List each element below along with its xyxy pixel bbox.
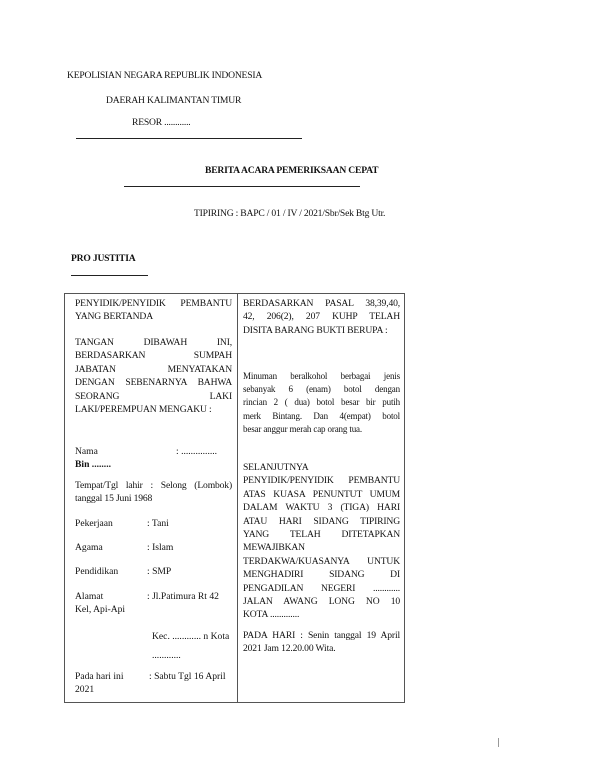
text-line: ATAU HARI SIDANG TIPIRING — [243, 515, 400, 528]
text-line: DALAM WAKTU 3 (TIGA) HARI — [243, 501, 400, 514]
pada-hari-year: 2021 — [75, 684, 94, 695]
field-label: Pendidikan — [75, 566, 147, 577]
pada-hari-label: Pada hari ini — [75, 671, 124, 682]
header-institution: KEPOLISIAN NEGARA REPUBLIK INDONESIA — [67, 70, 262, 81]
field-value: : SMP — [147, 566, 171, 577]
text-line: LAKI/PEREMPUAN MENGAKU : — [75, 403, 232, 416]
text-line: Minuman beralkohol berbagai jenis — [243, 370, 400, 383]
text-line: MENGHADIRI SIDANG DI — [243, 568, 400, 581]
text-line: BERDASARKAN PASAL 38,39,40, — [243, 297, 400, 310]
text-line: merk Bintang. Dan 4(empat) botol — [243, 410, 400, 423]
text-line: PADA HARI : Senin tanggal 19 April — [243, 629, 400, 642]
bin-field: Bin ........ — [75, 459, 111, 470]
column-divider — [237, 294, 238, 702]
nama-label: Nama — [75, 446, 98, 457]
text-line: YANG BERTANDA — [75, 310, 232, 323]
text-line: ATAS KUASA PENUNTUT UMUM — [243, 488, 400, 501]
text-line: MEWAJIBKAN — [243, 541, 400, 554]
field-pekerjaan: Pekerjaan: Tani — [75, 518, 169, 529]
text-line: rincian 2 ( dua) botol besar bir putih — [243, 396, 400, 409]
field-label: Agama — [75, 542, 147, 553]
text-line: SEORANG LAKI — [75, 390, 232, 403]
text-line: PENYIDIK/PENYIDIK PEMBANTU — [75, 297, 232, 310]
field-value: : Islam — [147, 542, 173, 553]
text-line: tanggal 15 Juni 1968 — [75, 492, 232, 505]
text-line: SELANJUTNYA — [243, 461, 400, 474]
text-line: Tempat/Tgl lahir : Selong (Lombok) — [75, 479, 232, 492]
left-statement: TANGAN DIBAWAH INI, BERDASARKAN SUMPAH J… — [75, 336, 232, 416]
field-agama: Agama: Islam — [75, 542, 173, 553]
text-line: DISITA BARANG BUKTI BERUPA : — [243, 324, 400, 337]
text-line: YANG TELAH DITETAPKAN — [243, 528, 400, 541]
text-line: KOTA ............. — [243, 608, 400, 621]
right-pasal: BERDASARKAN PASAL 38,39,40, 42, 206(2), … — [243, 297, 400, 337]
field-value: : Tani — [147, 518, 169, 529]
ttl-field: Tempat/Tgl lahir : Selong (Lombok) tangg… — [75, 479, 232, 506]
pro-justitia-heading: PRO JUSTITIA — [71, 253, 136, 264]
field-label: Alamat — [75, 591, 147, 602]
right-selanjutnya: SELANJUTNYA PENYIDIK/PENYIDIK PEMBANTU A… — [243, 461, 400, 622]
kec-field: Kec. ............ n Kota — [152, 631, 229, 642]
text-line: TANGAN DIBAWAH INI, — [75, 336, 232, 349]
text-line: JABATAN MENYATAKAN — [75, 363, 232, 376]
text-line: sebanyak 6 (enam) botol dengan — [243, 383, 400, 396]
text-line: TERDAKWA/KUASANYA UNTUK — [243, 555, 400, 568]
right-pada-hari: PADA HARI : Senin tanggal 19 April 2021 … — [243, 629, 400, 656]
title-divider — [124, 186, 360, 187]
header-resor: RESOR ............ — [132, 117, 191, 128]
field-pendidikan: Pendidikan: SMP — [75, 566, 171, 577]
document-title: BERITA ACARA PEMERIKSAAN CEPAT — [205, 165, 378, 176]
pada-hari-value: : Sabtu Tgl 16 April — [149, 671, 226, 682]
left-intro: PENYIDIK/PENYIDIK PEMBANTU YANG BERTANDA — [75, 297, 232, 324]
pro-justitia-underline — [71, 275, 148, 276]
text-line: JALAN AWANG LONG NO 10 — [243, 595, 400, 608]
text-line: PENGADILAN NEGERI ............ — [243, 582, 400, 595]
text-line: BERDASARKAN SUMPAH — [75, 349, 232, 362]
reference-number: TIPIRING : BAPC / 01 / IV / 2021/Sbr/Sek… — [194, 208, 385, 219]
examination-table: PENYIDIK/PENYIDIK PEMBANTU YANG BERTANDA… — [64, 293, 405, 703]
kota-field: ............ — [152, 650, 181, 661]
text-line: DENGAN SEBENARNYA BAHWA — [75, 376, 232, 389]
kel-field: Kel, Api-Api — [75, 604, 125, 615]
field-value: : Jl.Patimura Rt 42 — [147, 591, 219, 602]
text-cursor — [498, 738, 499, 747]
header-divider — [76, 138, 302, 139]
text-line: 2021 Jam 12.20.00 Wita. — [243, 642, 400, 655]
right-evidence: Minuman beralkohol berbagai jenis sebany… — [243, 370, 400, 436]
field-label: Pekerjaan — [75, 518, 147, 529]
field-alamat: Alamat: Jl.Patimura Rt 42 — [75, 591, 219, 602]
text-line: besar anggur merah cap orang tua. — [243, 423, 400, 436]
text-line: 42, 206(2), 207 KUHP TELAH — [243, 310, 400, 323]
text-line: PENYIDIK/PENYIDIK PEMBANTU — [243, 474, 400, 487]
header-region: DAERAH KALIMANTAN TIMUR — [106, 95, 241, 106]
nama-value: : ............... — [176, 446, 217, 457]
